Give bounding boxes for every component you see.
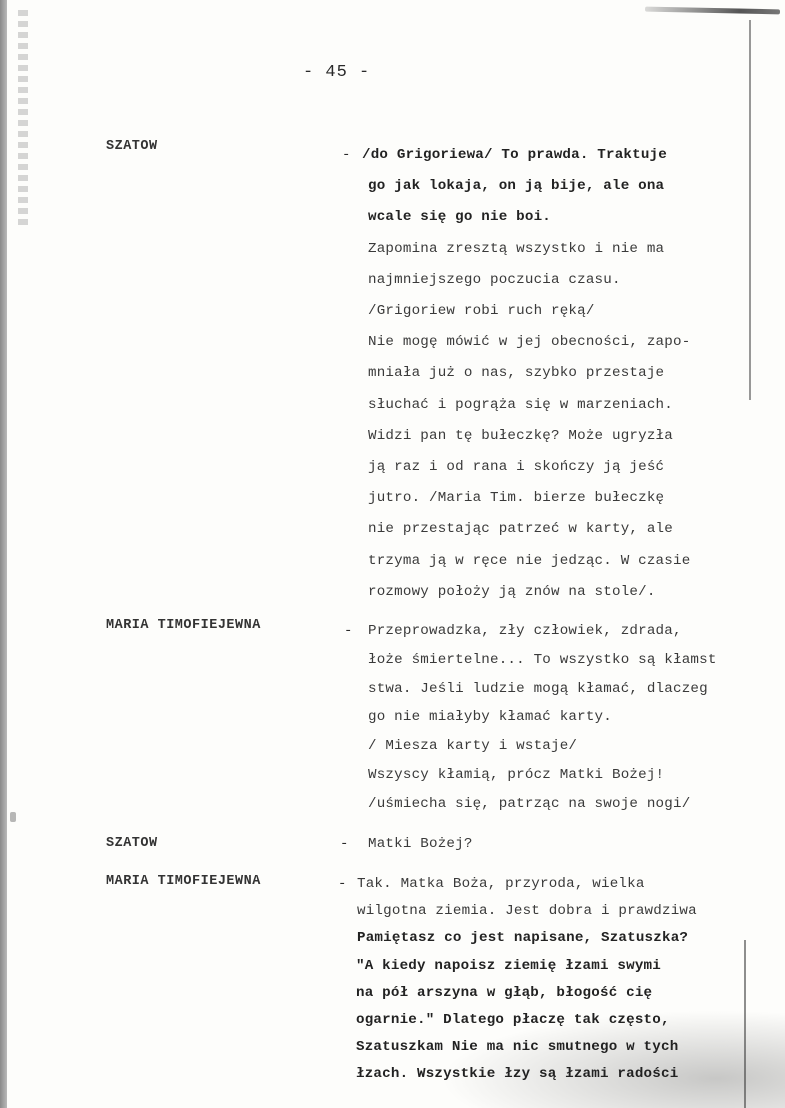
dialogue-line: /do Grigoriewa/ To prawda. Traktuje — [362, 147, 667, 163]
dialogue-line: rozmowy położy ją znów na stole/. — [368, 584, 656, 600]
scan-left-edge — [0, 0, 7, 1108]
dialogue-line: nie przestając patrzeć w karty, ale — [368, 521, 673, 537]
scan-mark — [10, 812, 16, 822]
dialogue-line: słuchać i pogrąża się w marzeniach. — [368, 397, 673, 413]
dialogue-line: Przeprowadzka, zły człowiek, zdrada, — [368, 623, 682, 639]
dialogue-dash: - — [338, 876, 346, 892]
scan-top-edge — [645, 7, 780, 15]
speaker-name: MARIA TIMOFIEJEWNA — [106, 874, 261, 889]
dialogue-line: łoże śmiertelne... To wszystko są kłamst — [368, 652, 717, 668]
dialogue-line: ogarnie." Dlatego płaczę tak często, — [356, 1012, 670, 1028]
dialogue-line: Wszyscy kłamią, prócz Matki Bożej! — [368, 767, 664, 783]
speaker-name: SZATOW — [106, 836, 158, 851]
dialogue-line: /uśmiecha się, patrząc na swoje nogi/ — [368, 796, 690, 812]
dialogue-line: /Grigoriew robi ruch ręką/ — [368, 303, 595, 319]
dialogue-line: wilgotna ziemia. Jest dobra i prawdziwa — [357, 903, 697, 919]
dialogue-line: ją raz i od rana i skończy ją jeść — [368, 459, 664, 475]
dialogue-line: Szatuszkam Nie ma nic smutnego w tych — [356, 1039, 678, 1055]
dialogue-line: / Miesza karty i wstaje/ — [368, 738, 577, 754]
dialogue-line: Matki Bożej? — [368, 836, 473, 852]
dialogue-line: trzyma ją w ręce nie jedząc. W czasie — [368, 553, 690, 569]
speaker-name: SZATOW — [106, 139, 158, 154]
dialogue-line: wcale się go nie boi. — [368, 209, 551, 225]
dialogue-line: Widzi pan tę bułeczkę? Może ugryzła — [368, 428, 673, 444]
dialogue-line: Tak. Matka Boża, przyroda, wielka — [357, 876, 645, 892]
dialogue-dash: - — [340, 836, 348, 852]
dialogue-line: stwa. Jeśli ludzie mogą kłamać, dlaczeg — [368, 681, 708, 697]
dialogue-line: najmniejszego poczucia czasu. — [368, 272, 621, 288]
dialogue-line: mniała już o nas, szybko przestaje — [368, 365, 664, 381]
page-number: - 45 - — [303, 63, 370, 82]
speaker-name: MARIA TIMOFIEJEWNA — [106, 618, 261, 633]
dialogue-line: jutro. /Maria Tim. bierze bułeczkę — [368, 490, 664, 506]
dialogue-line: go jak lokaja, on ją bije, ale ona — [368, 178, 664, 194]
dialogue-dash: - — [342, 147, 350, 163]
dialogue-line: Nie mogę mówić w jej obecności, zapo- — [368, 334, 690, 350]
dialogue-line: na pół arszyna w głąb, błogość cię — [356, 985, 652, 1001]
dialogue-line: łzach. Wszystkie łzy są łzami radości — [356, 1066, 678, 1082]
dialogue-line: go nie miałyby kłamać karty. — [368, 709, 612, 725]
dialogue-dash: - — [344, 623, 352, 639]
dialogue-line: Zapomina zresztą wszystko i nie ma — [368, 241, 664, 257]
scan-right-rule — [749, 20, 751, 400]
dialogue-line: Pamiętasz co jest napisane, Szatuszka? — [357, 930, 688, 946]
dialogue-line: "A kiedy napoisz ziemię łzami swymi — [356, 958, 661, 974]
scan-bleed-through — [18, 10, 28, 230]
